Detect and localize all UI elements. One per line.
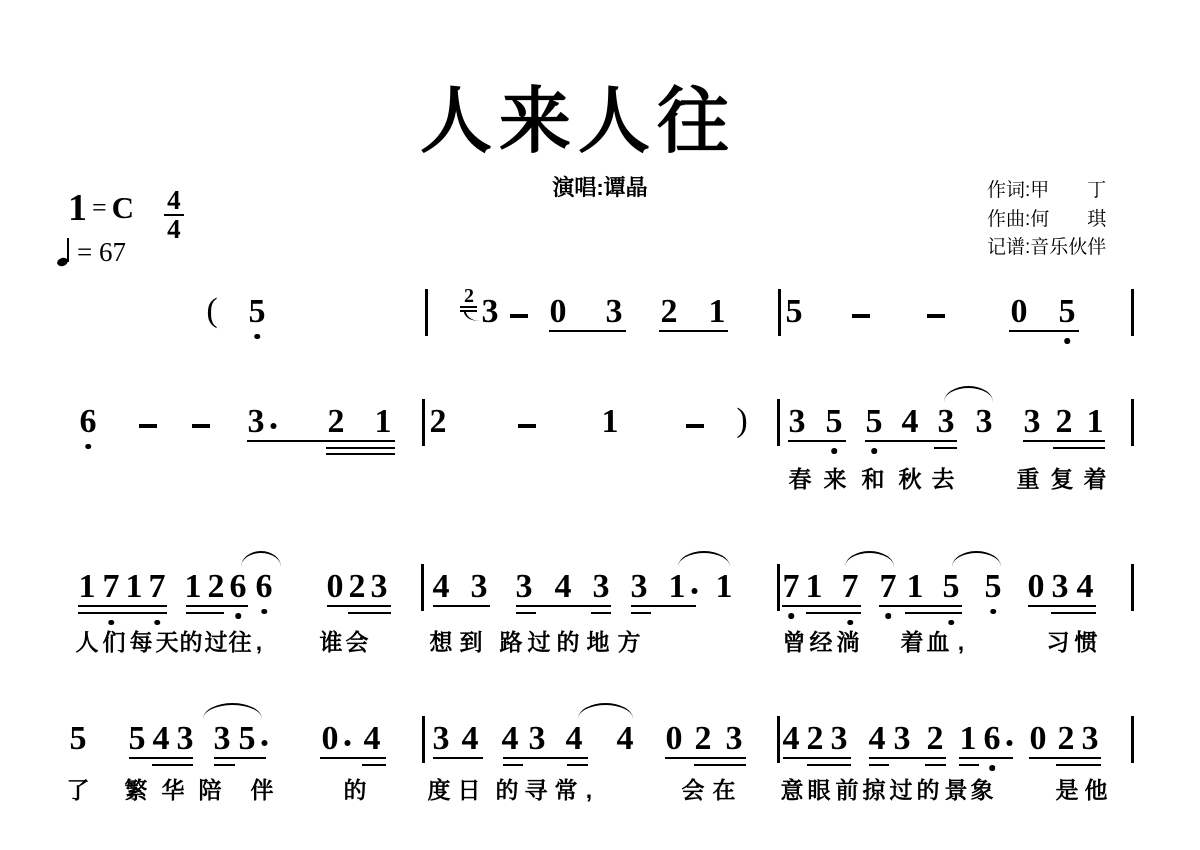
beam-underline <box>78 612 167 614</box>
lyric-char: 过 <box>528 630 551 654</box>
lyric-char: 常 <box>555 778 578 802</box>
beam-underline <box>567 764 588 766</box>
note-digit: 6 <box>256 570 273 604</box>
beam-underline <box>516 605 611 607</box>
lyric-char: 度 <box>428 778 451 802</box>
barline <box>422 716 425 763</box>
note-digit: 1 <box>1087 405 1104 439</box>
note-digit: 0 <box>322 722 339 756</box>
octave-dot-below <box>989 765 995 771</box>
augmentation-dot <box>271 423 277 429</box>
beam-underline <box>214 764 235 766</box>
lyric-char: 的 <box>496 778 519 802</box>
beam-underline <box>320 757 386 759</box>
lyric-char: 人 <box>76 630 99 654</box>
octave-dot-below <box>254 334 260 340</box>
beam-underline <box>807 764 851 766</box>
note-digit: 3 <box>1052 570 1069 604</box>
slur-tie <box>952 551 1001 567</box>
beam-underline <box>591 612 611 614</box>
barline <box>777 564 780 611</box>
beam-underline <box>1051 612 1096 614</box>
note-digit: 5 <box>985 570 1002 604</box>
beam-underline <box>865 440 957 442</box>
octave-dot-below <box>235 613 241 619</box>
beam-underline <box>503 757 588 759</box>
barline <box>778 289 781 336</box>
lyric-char: 的 <box>917 778 940 802</box>
beam-underline <box>631 612 651 614</box>
octave-dot-below <box>990 609 996 615</box>
note-digit: 4 <box>902 405 919 439</box>
note-digit: 4 <box>502 722 519 756</box>
lyric-char: 去 <box>932 467 955 491</box>
beam-underline <box>959 757 1013 759</box>
lyric-char: 们 <box>103 630 126 654</box>
beam-underline <box>1028 605 1096 607</box>
lyric-char: 路 <box>500 630 523 654</box>
note-digit: 3 <box>938 405 955 439</box>
lyric-char: 象 <box>971 778 994 802</box>
note-digit: 3 <box>248 405 265 439</box>
beam-underline <box>1023 440 1105 442</box>
beam-underline <box>549 330 626 332</box>
note-digit: 5 <box>786 295 803 329</box>
note-digit: 2 <box>328 405 345 439</box>
lyric-char: 着 <box>901 630 924 654</box>
lyric-char: 掠 <box>863 778 886 802</box>
beam-underline <box>129 757 193 759</box>
note-digit: 0 <box>327 570 344 604</box>
sustain-dash <box>139 424 157 428</box>
octave-dot-below <box>261 609 267 615</box>
note-digit: 3 <box>1082 722 1099 756</box>
beam-underline <box>362 764 386 766</box>
note-digit: 3 <box>1024 405 1041 439</box>
note-digit: 6 <box>230 570 247 604</box>
note-digit: 2 <box>430 405 447 439</box>
note-digit: 3 <box>482 295 499 329</box>
lyric-char: 秋 <box>899 467 922 491</box>
lyric-char: 惯 <box>1075 630 1098 654</box>
note-digit: 2 <box>349 570 366 604</box>
lyric-char: 血 <box>927 630 950 654</box>
octave-dot-below <box>871 448 877 454</box>
beam-underline <box>186 605 248 607</box>
lyric-char: , <box>586 778 592 802</box>
beam-underline <box>78 605 167 607</box>
lyric-char: , <box>256 630 262 654</box>
note-digit: 5 <box>943 570 960 604</box>
note-digit: 4 <box>869 722 886 756</box>
lyric-char: 来 <box>824 467 847 491</box>
parenthesis: ) <box>736 404 747 438</box>
slur-tie <box>203 703 262 719</box>
augmentation-dot <box>345 740 351 746</box>
sheet-music-page: 人来人往 演唱:谭晶 作词:甲 丁 作曲:何 琪 记谱:音乐伙伴 1 = C 4… <box>0 0 1200 850</box>
lyric-char: 景 <box>945 778 968 802</box>
note-digit: 3 <box>976 405 993 439</box>
lyric-char: 天 <box>156 630 179 654</box>
note-digit: 5 <box>1059 295 1076 329</box>
barline <box>777 399 780 446</box>
octave-dot-below <box>788 613 794 619</box>
beam-underline <box>326 453 395 455</box>
lyric-char: 到 <box>460 630 483 654</box>
note-digit: 0 <box>1028 570 1045 604</box>
octave-dot-below <box>1064 338 1070 344</box>
augmentation-dot <box>262 740 268 746</box>
lyric-char: 寻 <box>525 778 548 802</box>
lyric-char: 日 <box>458 778 481 802</box>
barline <box>1131 289 1134 336</box>
lyric-char: 在 <box>713 778 736 802</box>
note-digit: 3 <box>894 722 911 756</box>
note-digit: 7 <box>842 570 859 604</box>
lyric-char: 的 <box>180 630 203 654</box>
note-digit: 3 <box>529 722 546 756</box>
octave-dot-below <box>154 620 160 626</box>
note-digit: 3 <box>593 570 610 604</box>
note-digit: 6 <box>80 405 97 439</box>
beam-underline <box>1009 330 1079 332</box>
note-digit: 1 <box>79 570 96 604</box>
beam-underline <box>247 440 395 442</box>
lyric-char: 重 <box>1017 467 1040 491</box>
slur-tie <box>845 551 894 567</box>
note-digit: 2 <box>208 570 225 604</box>
note-digit: 0 <box>1030 722 1047 756</box>
lyric-char: 了 <box>67 778 90 802</box>
note-digit: 2 <box>661 295 678 329</box>
sustain-dash <box>518 424 536 428</box>
note-digit: 7 <box>880 570 897 604</box>
note-digit: 1 <box>375 405 392 439</box>
lyric-char: 会 <box>346 630 369 654</box>
beam-underline <box>959 764 979 766</box>
parenthesis: ( <box>206 294 217 328</box>
augmentation-dot <box>692 588 698 594</box>
lyric-char: 前 <box>836 778 859 802</box>
note-digit: 3 <box>371 570 388 604</box>
octave-dot-below <box>948 620 954 626</box>
lyric-char: 的 <box>344 778 367 802</box>
sustain-dash <box>510 314 528 318</box>
lyric-char: 繁 <box>125 778 148 802</box>
note-digit: 7 <box>103 570 120 604</box>
note-digit: 5 <box>239 722 256 756</box>
note-digit: 6 <box>984 722 1001 756</box>
sustain-dash <box>686 424 704 428</box>
lyric-char: 谁 <box>320 630 343 654</box>
note-digit: 4 <box>783 722 800 756</box>
barline <box>1131 399 1134 446</box>
note-digit: 1 <box>806 570 823 604</box>
beam-underline <box>665 757 746 759</box>
note-digit: 5 <box>866 405 883 439</box>
note-digit: 3 <box>606 295 623 329</box>
grace-note: 2 <box>459 288 479 304</box>
beam-underline <box>788 440 846 442</box>
note-digit: 2 <box>1056 405 1073 439</box>
note-digit: 4 <box>364 722 381 756</box>
beam-underline <box>214 757 266 759</box>
beam-underline <box>631 605 696 607</box>
octave-dot-below <box>831 448 837 454</box>
lyric-char: 伴 <box>251 778 274 802</box>
grace-beam <box>460 306 477 308</box>
note-digit: 4 <box>555 570 572 604</box>
beam-underline <box>348 612 391 614</box>
note-digit: 7 <box>149 570 166 604</box>
note-digit: 3 <box>433 722 450 756</box>
lyric-char: , <box>958 630 964 654</box>
lyric-char: 华 <box>162 778 185 802</box>
note-digit: 4 <box>462 722 479 756</box>
lyric-char: 意 <box>781 778 804 802</box>
note-digit: 0 <box>550 295 567 329</box>
lyric-char: 想 <box>430 630 453 654</box>
beam-underline <box>327 605 391 607</box>
lyric-char: 会 <box>682 778 705 802</box>
slur-tie <box>944 386 993 402</box>
note-digit: 5 <box>826 405 843 439</box>
barline <box>421 564 424 611</box>
beam-underline <box>934 447 957 449</box>
lyric-char: 往 <box>229 630 252 654</box>
beam-underline <box>433 605 490 607</box>
beam-underline <box>869 757 946 759</box>
lyric-char: 过 <box>205 630 228 654</box>
lyric-char: 的 <box>557 630 580 654</box>
note-digit: 3 <box>631 570 648 604</box>
beam-underline <box>694 764 746 766</box>
beam-underline <box>503 764 523 766</box>
beam-underline <box>905 612 962 614</box>
octave-dot-below <box>847 620 853 626</box>
note-digit: 1 <box>669 570 686 604</box>
barline <box>422 399 425 446</box>
note-digit: 4 <box>1077 570 1094 604</box>
beam-underline <box>806 612 861 614</box>
lyric-char: 曾 <box>783 630 806 654</box>
lyric-char: 地 <box>587 630 610 654</box>
note-digit: 2 <box>1058 722 1075 756</box>
beam-underline <box>659 330 728 332</box>
lyric-char: 眼 <box>808 778 831 802</box>
note-digit: 1 <box>960 722 977 756</box>
octave-dot-below <box>85 444 91 450</box>
note-digit: 3 <box>726 722 743 756</box>
note-digit: 2 <box>695 722 712 756</box>
barline <box>425 289 428 336</box>
note-digit: 2 <box>927 722 944 756</box>
lyric-char: 和 <box>862 467 885 491</box>
note-digit: 0 <box>666 722 683 756</box>
note-digit: 3 <box>177 722 194 756</box>
lyric-char: 他 <box>1085 778 1108 802</box>
barline <box>1131 716 1134 763</box>
beam-underline <box>782 605 861 607</box>
grace-slur-hook <box>464 308 481 323</box>
note-digit: 1 <box>716 570 733 604</box>
sustain-dash <box>927 314 945 318</box>
lyric-char: 习 <box>1047 630 1070 654</box>
note-digit: 4 <box>433 570 450 604</box>
beam-underline <box>783 757 851 759</box>
score-area: (5230321505632121)355433321春来和秋去重复着17171… <box>0 0 1200 850</box>
beam-underline <box>869 764 889 766</box>
octave-dot-below <box>885 613 891 619</box>
note-digit: 1 <box>602 405 619 439</box>
slur-tie <box>578 703 633 719</box>
beam-underline <box>1029 757 1101 759</box>
beam-underline <box>326 447 395 449</box>
grace-digit: 2 <box>459 288 479 304</box>
lyric-char: 方 <box>618 630 641 654</box>
beam-underline <box>186 612 224 614</box>
beam-underline <box>152 764 193 766</box>
beam-underline <box>1056 764 1101 766</box>
note-digit: 1 <box>709 295 726 329</box>
lyric-char: 过 <box>890 778 913 802</box>
note-digit: 3 <box>471 570 488 604</box>
note-digit: 1 <box>185 570 202 604</box>
note-digit: 2 <box>807 722 824 756</box>
note-digit: 7 <box>783 570 800 604</box>
beam-underline <box>516 612 536 614</box>
lyric-char: 着 <box>1084 467 1107 491</box>
note-digit: 3 <box>831 722 848 756</box>
sustain-dash <box>192 424 210 428</box>
note-digit: 5 <box>70 722 87 756</box>
slur-tie <box>678 551 730 567</box>
note-digit: 3 <box>516 570 533 604</box>
octave-dot-below <box>108 620 114 626</box>
note-digit: 0 <box>1011 295 1028 329</box>
note-digit: 3 <box>214 722 231 756</box>
note-digit: 4 <box>617 722 634 756</box>
slur-tie <box>241 551 281 567</box>
lyric-char: 复 <box>1051 467 1074 491</box>
lyric-char: 每 <box>130 630 153 654</box>
note-digit: 1 <box>126 570 143 604</box>
barline <box>777 716 780 763</box>
beam-underline <box>433 757 483 759</box>
note-digit: 1 <box>907 570 924 604</box>
lyric-char: 春 <box>789 467 812 491</box>
note-digit: 4 <box>153 722 170 756</box>
beam-underline <box>925 764 946 766</box>
note-digit: 5 <box>249 295 266 329</box>
note-digit: 3 <box>789 405 806 439</box>
barline <box>1131 564 1134 611</box>
note-digit: 4 <box>566 722 583 756</box>
note-digit: 5 <box>129 722 146 756</box>
lyric-char: 经 <box>810 630 833 654</box>
beam-underline <box>879 605 962 607</box>
lyric-char: 淌 <box>837 630 860 654</box>
lyric-char: 是 <box>1056 778 1079 802</box>
lyric-char: 陪 <box>199 778 222 802</box>
augmentation-dot <box>1007 740 1013 746</box>
beam-underline <box>1053 447 1105 449</box>
sustain-dash <box>852 314 870 318</box>
